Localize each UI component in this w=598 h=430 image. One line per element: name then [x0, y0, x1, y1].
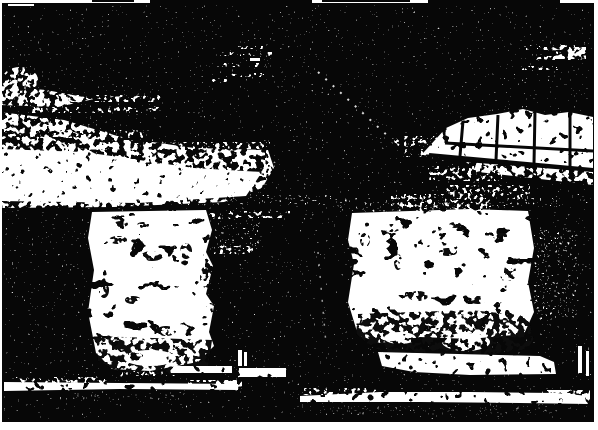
scanned-page — [0, 0, 598, 430]
photo-canvas — [0, 0, 598, 430]
right-bench-edge — [300, 388, 590, 415]
photo-figure — [0, 0, 598, 430]
